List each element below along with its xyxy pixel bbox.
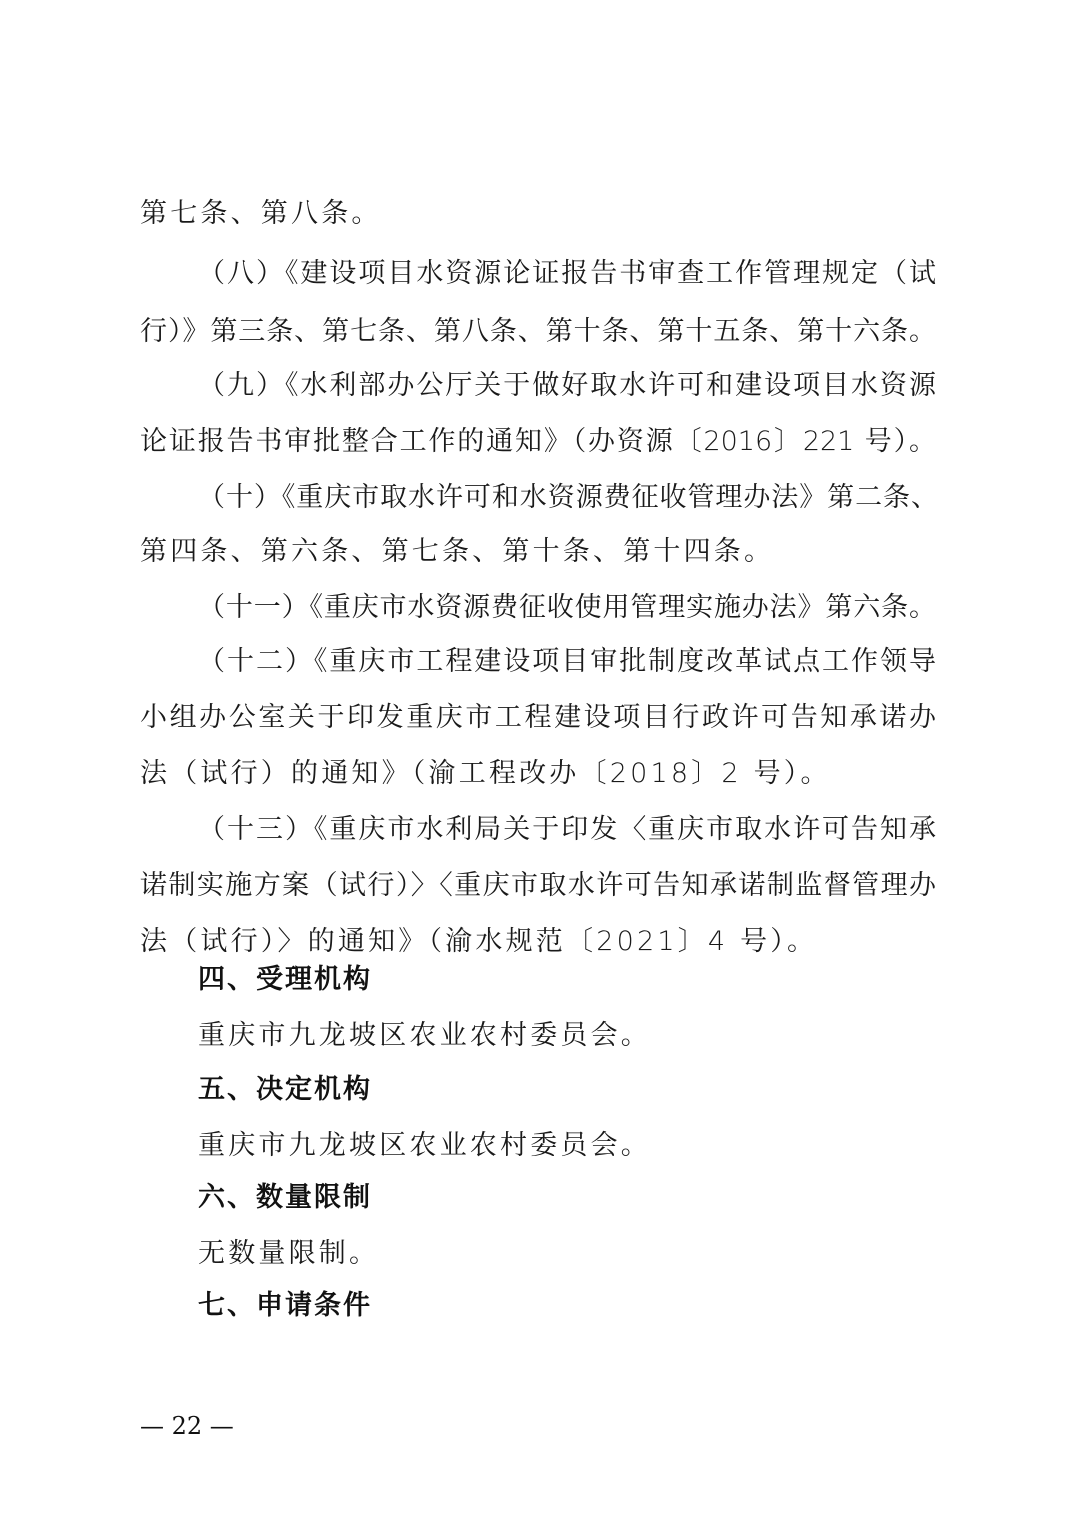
text-line-9: （十二）《重庆市工程建设项目审批制度改革试点工作领导 <box>198 644 936 680</box>
text-line-3: 行）》第三条、第七条、第八条、第十条、第十五条、第十六条。 <box>140 314 936 350</box>
section-heading-application-conditions: 七、申请条件 <box>198 1288 998 1324</box>
page-number: — 22 — <box>140 1410 234 1442</box>
text-line-14: 法（试行）〉的通知》（渝水规范〔2021〕4 号）。 <box>140 924 940 960</box>
text-line-4: （九）《水利部办公厅关于做好取水许可和建设项目水资源 <box>198 368 936 404</box>
text-line-6: （十）《重庆市取水许可和水资源费征收管理办法》第二条、 <box>198 480 938 516</box>
text-line-8: （十一）《重庆市水资源费征收使用管理实施办法》第六条。 <box>198 590 936 626</box>
text-line-1: 第七条、第八条。 <box>140 196 940 232</box>
text-line-10: 小组办公室关于印发重庆市工程建设项目行政许可告知承诺办 <box>140 700 936 736</box>
section-heading-deciding-authority: 五、决定机构 <box>198 1072 998 1108</box>
section-body-accepting-authority: 重庆市九龙坡区农业农村委员会。 <box>198 1018 998 1054</box>
text-line-2: （八）《建设项目水资源论证报告书审查工作管理规定（试 <box>198 256 936 292</box>
text-line-5: 论证报告书审批整合工作的通知》（办资源〔2016〕221 号）。 <box>140 424 936 460</box>
section-body-quantity-limit: 无数量限制。 <box>198 1236 998 1272</box>
section-body-deciding-authority: 重庆市九龙坡区农业农村委员会。 <box>198 1128 998 1164</box>
section-heading-quantity-limit: 六、数量限制 <box>198 1180 998 1216</box>
text-line-7: 第四条、第六条、第七条、第十条、第十四条。 <box>140 534 940 570</box>
section-heading-accepting-authority: 四、受理机构 <box>198 962 998 998</box>
text-line-11: 法（试行）的通知》（渝工程改办〔2018〕2 号）。 <box>140 756 940 792</box>
text-line-13: 诺制实施方案（试行）〉〈重庆市取水许可告知承诺制监督管理办 <box>140 868 936 904</box>
document-page: 第七条、第八条。 （八）《建设项目水资源论证报告书审查工作管理规定（试 行）》第… <box>0 0 1074 1520</box>
text-line-12: （十三）《重庆市水利局关于印发〈重庆市取水许可告知承 <box>198 812 936 848</box>
